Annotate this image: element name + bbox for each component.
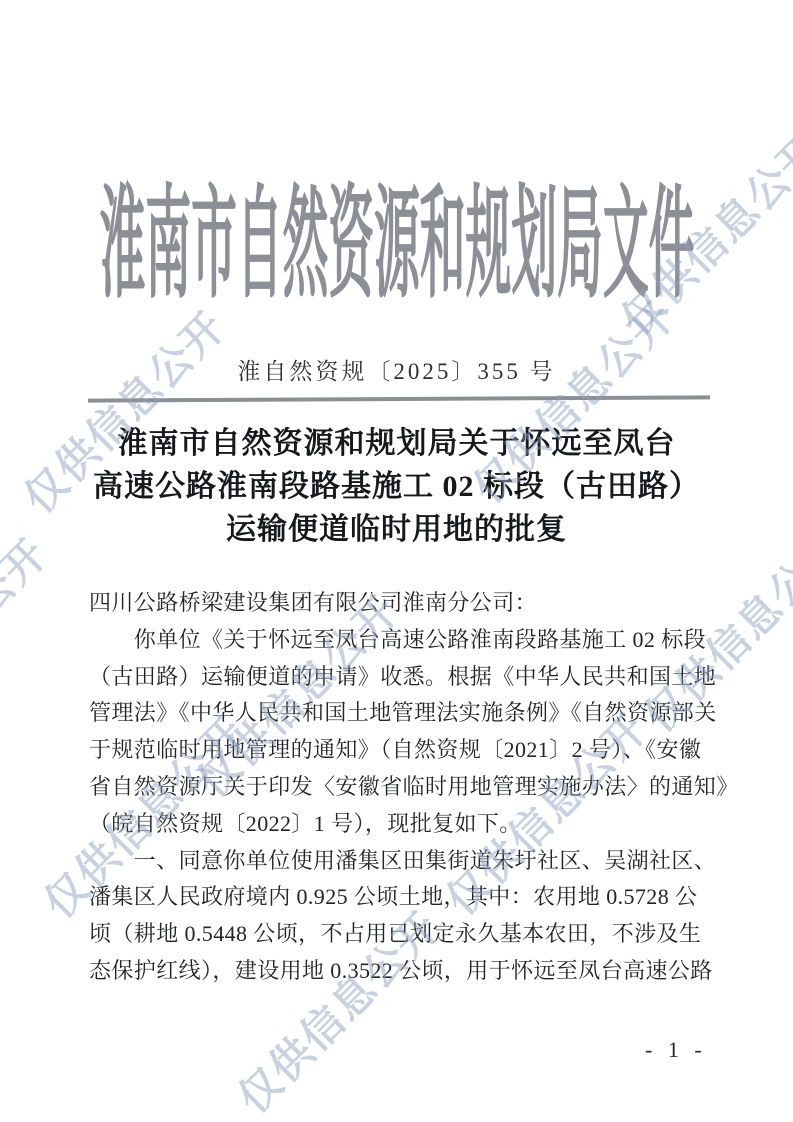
- body-line: （古田路）运输便道的申请》收悉。根据《中华人民共和国土地: [89, 659, 729, 696]
- agency-letterhead-title: 淮南市自然资源和规划局文件: [99, 185, 694, 307]
- document-title: 淮南市自然资源和规划局关于怀远至凤台 高速公路淮南段路基施工 02 标段（古田路…: [0, 422, 793, 551]
- document-reference-number: 淮自然资规〔2025〕355 号: [0, 353, 793, 386]
- watermark-text: 仅供信息公开: [0, 531, 55, 747]
- letterhead-banner: 淮南市自然资源和规划局文件: [0, 183, 793, 309]
- body-line: 一、同意你单位使用潘集区田集街道朱圩社区、吴湖社区、: [89, 843, 729, 880]
- body-line: 省自然资源厅关于印发〈安徽省临时用地管理实施办法〉的通知》: [89, 769, 729, 806]
- body-line: 潘集区人民政府境内 0.925 公顷土地，其中：农用地 0.5728 公: [89, 879, 729, 916]
- body-line: 态保护红线），建设用地 0.3522 公顷，用于怀远至凤台高速公路: [89, 953, 729, 990]
- body-line: 你单位《关于怀远至凤台高速公路淮南段路基施工 02 标段: [89, 622, 729, 659]
- document-body: 四川公路桥梁建设集团有限公司淮南分公司： 你单位《关于怀远至凤台高速公路淮南段路…: [89, 585, 729, 990]
- body-line: 于规范临时用地管理的通知》（自然资规〔2021〕2 号）、《安徽: [89, 732, 729, 769]
- body-line: 管理法》《中华人民共和国土地管理法实施条例》《自然资源部关: [89, 695, 729, 732]
- scanned-document-page: 淮南市自然资源和规划局文件 淮自然资规〔2025〕355 号 淮南市自然资源和规…: [0, 0, 793, 1122]
- title-line: 淮南市自然资源和规划局关于怀远至凤台: [0, 422, 793, 465]
- header-divider-line: [88, 395, 710, 402]
- body-line: 顷（耕地 0.5448 公顷，不占用已划定永久基本农田，不涉及生: [89, 916, 729, 953]
- body-line-salutation: 四川公路桥梁建设集团有限公司淮南分公司：: [89, 585, 729, 622]
- page-number: - 1 -: [645, 1037, 707, 1063]
- title-line: 运输便道临时用地的批复: [0, 508, 793, 551]
- body-line: （皖自然资规〔2022〕1 号），现批复如下。: [89, 806, 729, 843]
- title-line: 高速公路淮南段路基施工 02 标段（古田路）: [0, 465, 793, 508]
